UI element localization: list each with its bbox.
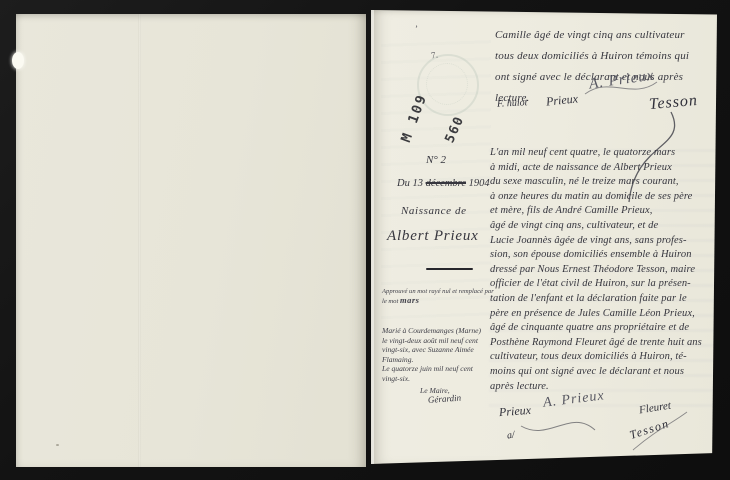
marriage-note-line: Le quatorze juin mil neuf cent <box>382 364 500 374</box>
act-line: Posthène Raymond Fleuret âgé de trente h… <box>490 336 702 351</box>
right-act-page: M 109 560 ’ 7. Camille âgé de vingt cinq… <box>371 10 717 464</box>
signature-top-1: F. huiot <box>497 97 528 110</box>
marriage-note-line: vingt-six. <box>382 374 500 384</box>
paper-speck <box>56 444 59 446</box>
act-date-prefix: Du 13 <box>397 178 423 189</box>
pencil-annotation-mark: 7. <box>430 49 438 60</box>
approval-note: Approuvé un mot rayé nul et remplacé par… <box>382 288 494 306</box>
act-line: âgé de cinquante quatre ans propriétaire… <box>490 321 702 336</box>
marriage-note-line: Marié à Courdemanges (Marne) <box>382 326 500 336</box>
act-line: à midi, acte de naissance de Albert Prie… <box>490 161 702 176</box>
act-line: et mère, fils de André Camille Prieux, <box>490 204 702 219</box>
embossed-round-stamp-inner <box>426 63 468 105</box>
act-line: père en présence de Jules Camille Léon P… <box>490 307 702 322</box>
approval-note-line2: le mot <box>382 298 398 305</box>
signature-bottom-4: Tesson <box>628 416 672 443</box>
act-date-line: Du 13 décembre 1904 <box>397 178 490 189</box>
marriage-margin-note: Marié à Courdemanges (Marne) le vingt-de… <box>382 326 500 405</box>
approval-note-word: mars <box>400 295 419 305</box>
act-title-line1: Naissance de <box>401 205 467 217</box>
marriage-note-line: vingt-six, avec Suzanne Aimée <box>382 345 500 355</box>
punch-hole <box>12 52 24 69</box>
birth-act-text: L'an mil neuf cent quatre, le quatorze m… <box>490 146 702 394</box>
pencil-tick-mark: ’ <box>415 24 418 34</box>
act-line: sion, son épouse domiciliés ensemble à H… <box>490 248 702 263</box>
act-date-year: 1904 <box>469 178 490 189</box>
continuation-line: tous deux domiciliés à Huiron témoins qu… <box>495 46 689 67</box>
act-line: L'an mil neuf cent quatre, le quatorze m… <box>490 146 702 161</box>
act-line: cultivateur, tous deux domiciliés à Huir… <box>490 350 702 365</box>
act-date-struck-word: décembre <box>426 178 466 189</box>
act-line: âgé de vingt cinq ans, cultivateur, et d… <box>490 219 702 234</box>
act-line: moins qui ont signé avec le déclarant et… <box>490 365 702 380</box>
register-scan: M 109 560 ’ 7. Camille âgé de vingt cinq… <box>0 0 730 480</box>
act-line: du sexe masculin, né le treize mars cour… <box>490 175 702 190</box>
marriage-note-line: Flamaing. <box>382 355 500 365</box>
continuation-line: Camille âgé de vingt cinq ans cultivateu… <box>495 25 689 46</box>
left-blank-page <box>16 14 366 467</box>
signature-bottom-1: Prieux <box>499 403 532 420</box>
act-line: dressé par Nous Ernest Théodore Tesson, … <box>490 263 702 278</box>
act-title-name: Albert Prieux <box>387 228 479 245</box>
marriage-note-line: le vingt-deux août mil neuf cent <box>382 336 500 346</box>
page-crease <box>138 14 141 467</box>
act-line: Lucie Joannès âgée de vingt ans, sans pr… <box>490 234 702 249</box>
approval-note-line1: Approuvé un mot rayé nul et remplacé par <box>382 288 494 295</box>
act-number: N° 2 <box>426 154 446 166</box>
act-line: à onze heures du matin au domicile de se… <box>490 190 702 205</box>
page-edge-highlight <box>371 10 374 464</box>
signature-paraph: a/ <box>506 429 516 441</box>
signature-top-4: Tesson <box>648 92 698 114</box>
act-line: officier de l'état civil de Huiron, sur … <box>490 277 702 292</box>
act-line: tation de l'enfant et la déclaration fai… <box>490 292 702 307</box>
